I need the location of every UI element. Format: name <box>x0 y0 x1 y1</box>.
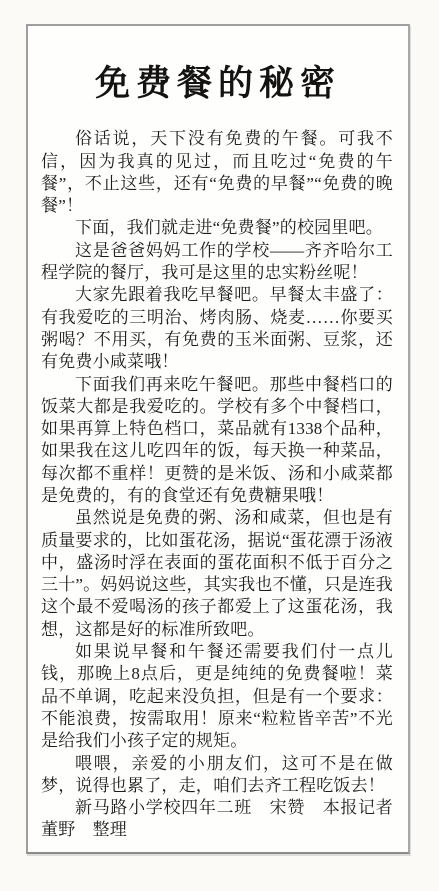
article-body: 俗话说，天下没有免费的午餐。可我不信，因为我真的见过，而且吃过“免费的午餐”，不… <box>41 128 393 842</box>
article-title: 免费餐的秘密 <box>28 64 408 104</box>
paragraph: 俗话说，天下没有免费的午餐。可我不信，因为我真的见过，而且吃过“免费的午餐”，不… <box>41 128 393 217</box>
paragraph: 虽然说是免费的粥、汤和咸菜，但也是有质量要求的，比如蛋花汤，据说“蛋花漂于汤液中… <box>41 507 393 641</box>
paragraph: 如果说早餐和午餐还需要我们付一点儿钱，那晚上8点后，更是纯纯的免费餐啦！菜品不单… <box>41 641 393 752</box>
byline: 新马路小学校四年二班 宋赞 本报记者董野 整理 <box>41 797 393 842</box>
paragraph: 下面我们再来吃午餐吧。那些中餐档口的饭菜大都是我爱吃的。学校有多个中餐档口，如果… <box>41 374 393 508</box>
paragraph: 喂喂，亲爱的小朋友们，这可不是在做梦，说得也累了，走，咱们去齐工程吃饭去！ <box>41 753 393 798</box>
paragraph: 下面，我们就走进“免费餐”的校园里吧。 <box>41 217 393 239</box>
paragraph: 这是爸爸妈妈工作的学校——齐齐哈尔工程学院的餐厅，我可是这里的忠实粉丝呢！ <box>41 240 393 285</box>
article-card: 免费餐的秘密 俗话说，天下没有免费的午餐。可我不信，因为我真的见过，而且吃过“免… <box>26 24 410 854</box>
paragraph: 大家先跟着我吃早餐吧。早餐太丰盛了：有我爱吃的三明治、烤肉肠、烧麦……你要买粥喝… <box>41 284 393 373</box>
